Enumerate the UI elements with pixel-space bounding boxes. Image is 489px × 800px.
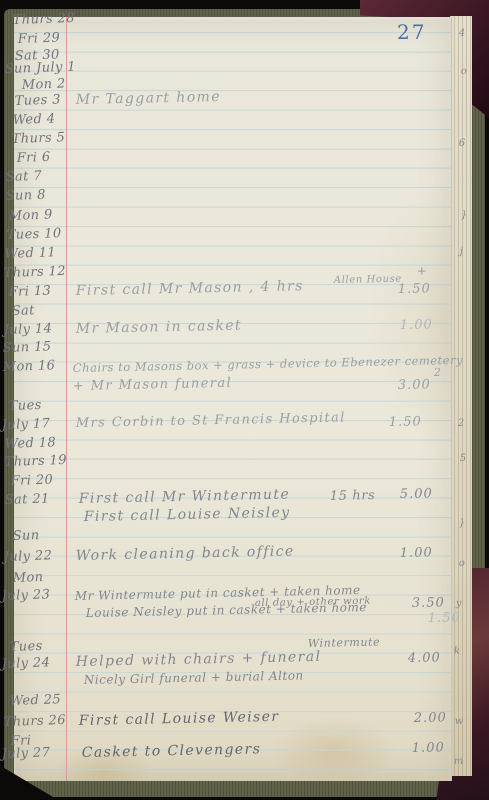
amount-value: 1.00 (412, 740, 445, 756)
interline-note: Allen House (334, 274, 402, 286)
amount-value: 5.00 (400, 486, 433, 502)
edge-pencil-mark: 5 (460, 453, 467, 464)
amount-value: 1.00 (400, 545, 433, 561)
date-label: Thurs 26 (3, 713, 66, 730)
edge-pencil-mark: } (459, 518, 466, 529)
date-label: July 24 (1, 655, 50, 672)
date-label: Mon 9 (8, 207, 52, 224)
edge-pencil-mark: o (459, 558, 465, 569)
date-label: Wed 25 (9, 692, 61, 709)
date-label: Wed 11 (4, 245, 56, 262)
date-label: Wed 18 (4, 435, 56, 452)
date-label: July 23 (1, 587, 50, 604)
edge-pencil-mark: j (460, 246, 463, 257)
amount-value: 3.50 (412, 595, 445, 611)
interline-note: Wintermute (308, 635, 381, 650)
date-label: July 22 (3, 548, 52, 565)
amount-value: 1.50 (389, 414, 422, 430)
amount-value: 2.00 (414, 710, 447, 726)
edge-pencil-mark: k (454, 646, 460, 657)
edge-pencil-mark: w (455, 716, 464, 727)
interline-note: 2 (434, 366, 442, 379)
red-margin-line (66, 17, 67, 781)
date-label: Fri 29 (17, 31, 60, 47)
date-label: Mon 2 (21, 76, 65, 93)
edge-pencil-mark: 2 (458, 418, 465, 429)
date-label: July 17 (1, 416, 50, 433)
interline-note: + (417, 264, 428, 278)
date-label: Sun 8 (5, 188, 46, 204)
date-label: Sun July 1 (4, 60, 76, 77)
edge-pencil-mark: 4 (459, 28, 466, 39)
date-label: Wed 4 (12, 112, 55, 128)
date-label: Sat 7 (5, 169, 42, 185)
edge-pencil-mark: y (456, 598, 462, 609)
page-number: 27 (397, 20, 426, 44)
amount-value: 1.00 (400, 317, 433, 333)
date-label: Thurs 28 (12, 11, 75, 28)
date-label: Tues (9, 639, 43, 655)
amount-value: 3.00 (398, 377, 431, 393)
edge-pencil-mark: m (454, 756, 464, 767)
edge-pencil-mark: } (461, 210, 468, 221)
entry-text: Mr Taggart home (76, 89, 221, 108)
scanned-ledger-page: 27 Thurs 28Fri 29Sat 30Sun July 1Mon 2Tu… (0, 0, 489, 800)
date-label: Tues 3 (14, 92, 61, 109)
edge-pencil-mark: o (461, 66, 467, 77)
date-label: Sat 21 (4, 491, 49, 508)
date-label: Fri 6 (16, 150, 50, 166)
edge-pencil-mark: 6 (459, 138, 466, 149)
amount-value: 1.50 (398, 281, 431, 297)
date-label: Mon (12, 570, 43, 586)
date-label: Mon 16 (2, 358, 55, 375)
date-label: Tues (8, 398, 42, 414)
date-label: Thurs 19 (4, 453, 67, 470)
interline-note: 15 hrs (330, 488, 376, 504)
date-label: July 27 (1, 745, 50, 762)
amount-value: 1.50 (428, 610, 461, 626)
date-label: Fri 20 (10, 473, 53, 489)
amount-value: 4.00 (408, 650, 441, 666)
date-label: Thurs 5 (11, 130, 65, 147)
page-stack-edge (450, 16, 472, 776)
date-label: Thurs 12 (3, 264, 66, 281)
date-label: Tues 10 (6, 226, 61, 243)
date-label: Sat (11, 303, 35, 319)
date-label: Sun 15 (2, 339, 51, 356)
date-label: July 14 (3, 321, 52, 338)
date-label: Fri 13 (8, 284, 51, 300)
date-label: Sun (12, 528, 39, 544)
